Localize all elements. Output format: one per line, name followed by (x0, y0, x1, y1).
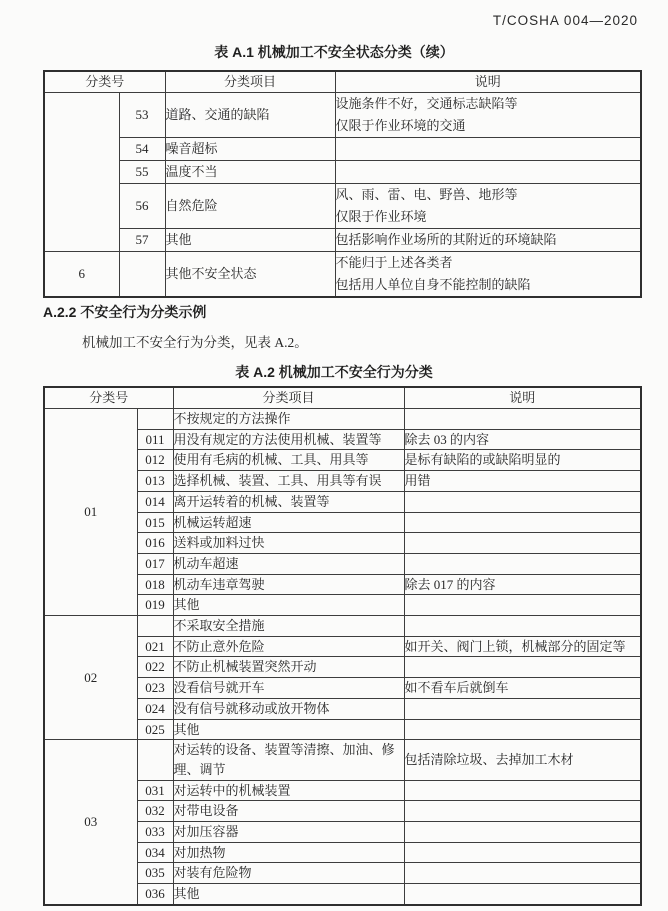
cell-code: 021 (137, 636, 173, 657)
cell-item: 机动车违章驾驶 (173, 574, 404, 595)
cell-note: 不能归于上述各类者包括用人单位自身不能控制的缺陷 (335, 252, 641, 298)
table-a1-header-row: 分类号 分类项目 说明 (44, 71, 641, 93)
cell-note (404, 698, 641, 719)
cell-note (404, 595, 641, 616)
cell-item: 其他 (165, 229, 335, 252)
table-row: 54噪音超标 (44, 138, 641, 161)
table-row: 57其他包括影响作业场所的其附近的环境缺陷 (44, 229, 641, 252)
cell-code: 014 (137, 491, 173, 512)
table-a1: 分类号 分类项目 说明 53道路、交通的缺陷设施条件不好，交通标志缺陷等仅限于作… (43, 70, 642, 298)
table-a2-title: 表 A.2 机械加工不安全行为分类 (0, 362, 668, 382)
cell-code: 016 (137, 533, 173, 554)
cell-code: 023 (137, 678, 173, 699)
cell-code: 013 (137, 471, 173, 492)
cell-item: 道路、交通的缺陷 (165, 93, 335, 138)
table-a1-title: 表 A.1 机械加工不安全状态分类（续） (0, 42, 668, 62)
table-a2: 分类号 分类项目 说明 01不按规定的方法操作011用没有规定的方法使用机械、装… (43, 386, 642, 906)
cell-note (404, 801, 641, 822)
cell-code (137, 740, 173, 780)
note-line: 除去 017 的内容 (405, 575, 641, 595)
cell-note: 除去 017 的内容 (404, 574, 641, 595)
cell-item: 机械运转超速 (173, 512, 404, 533)
cell-code: 033 (137, 822, 173, 843)
cell-code: 018 (137, 574, 173, 595)
table-row: 01不按规定的方法操作 (44, 409, 641, 430)
cell-note (404, 822, 641, 843)
note-line: 是标有缺陷的或缺陷明显的 (405, 450, 641, 470)
cell-code: 55 (119, 161, 165, 184)
cell-item: 不按规定的方法操作 (173, 409, 404, 430)
note-line: 用错 (405, 471, 641, 491)
column-header-code: 分类号 (44, 387, 173, 409)
cell-note (335, 138, 641, 161)
cell-item: 对加热物 (173, 842, 404, 863)
document-page: T/COSHA 004—2020 表 A.1 机械加工不安全状态分类（续） 分类… (0, 0, 668, 911)
cell-item: 不防止意外危险 (173, 636, 404, 657)
cell-note (404, 863, 641, 884)
note-line: 设施条件不好，交通标志缺陷等 (336, 93, 641, 115)
cell-note (404, 491, 641, 512)
note-line: 不能归于上述各类者 (336, 252, 641, 274)
cell-note (404, 409, 641, 430)
cell-code: 57 (119, 229, 165, 252)
cell-code: 022 (137, 657, 173, 678)
cell-item: 没有信号就移动或放开物体 (173, 698, 404, 719)
cell-note: 风、雨、雷、电、野兽、地形等仅限于作业环境 (335, 184, 641, 229)
cell-note: 包括清除垃圾、去掉加工木材 (404, 740, 641, 780)
cell-group-number: 03 (44, 740, 137, 905)
cell-note (335, 161, 641, 184)
cell-code: 035 (137, 863, 173, 884)
cell-code: 56 (119, 184, 165, 229)
cell-item: 不防止机械装置突然开动 (173, 657, 404, 678)
cell-item: 其他 (173, 719, 404, 740)
cell-note (404, 553, 641, 574)
cell-item: 送料或加料过快 (173, 533, 404, 554)
column-header-item: 分类项目 (165, 71, 335, 93)
note-line: 如不看车后就倒车 (405, 678, 641, 698)
column-header-code: 分类号 (44, 71, 165, 93)
cell-code: 015 (137, 512, 173, 533)
note-line: 包括清除垃圾、去掉加工木材 (405, 750, 641, 770)
cell-item: 噪音超标 (165, 138, 335, 161)
cell-code: 032 (137, 801, 173, 822)
section-paragraph: 机械加工不安全行为分类，见表 A.2。 (82, 331, 308, 351)
cell-item: 没看信号就开车 (173, 678, 404, 699)
cell-item: 对带电设备 (173, 801, 404, 822)
cell-note: 如不看车后就倒车 (404, 678, 641, 699)
cell-code: 031 (137, 780, 173, 801)
table-row: 6其他不安全状态不能归于上述各类者包括用人单位自身不能控制的缺陷 (44, 252, 641, 298)
cell-note: 包括影响作业场所的其附近的环境缺陷 (335, 229, 641, 252)
cell-item: 对运转的设备、装置等清擦、加油、修理、调节 (173, 740, 404, 780)
cell-note (404, 780, 641, 801)
section-heading: A.2.2 不安全行为分类示例 (43, 302, 206, 322)
cell-item: 自然危险 (165, 184, 335, 229)
cell-code: 53 (119, 93, 165, 138)
table-row: 56自然危险风、雨、雷、电、野兽、地形等仅限于作业环境 (44, 184, 641, 229)
cell-item: 用没有规定的方法使用机械、装置等 (173, 429, 404, 450)
cell-code: 019 (137, 595, 173, 616)
column-header-note: 说明 (404, 387, 641, 409)
cell-group-number: 01 (44, 409, 137, 616)
column-header-item: 分类项目 (173, 387, 404, 409)
table-row: 55温度不当 (44, 161, 641, 184)
cell-note (404, 533, 641, 554)
cell-note (404, 616, 641, 637)
cell-code: 025 (137, 719, 173, 740)
cell-code: 017 (137, 553, 173, 574)
cell-note (404, 884, 641, 905)
cell-note: 设施条件不好，交通标志缺陷等仅限于作业环境的交通 (335, 93, 641, 138)
cell-group-number (44, 93, 119, 252)
cell-code: 034 (137, 842, 173, 863)
standard-number: T/COSHA 004—2020 (493, 13, 638, 28)
cell-item: 使用有毛病的机械、工具、用具等 (173, 450, 404, 471)
cell-item: 离开运转着的机械、装置等 (173, 491, 404, 512)
cell-code: 54 (119, 138, 165, 161)
cell-code: 012 (137, 450, 173, 471)
table-a2-header-row: 分类号 分类项目 说明 (44, 387, 641, 409)
cell-code: 011 (137, 429, 173, 450)
note-line: 除去 03 的内容 (405, 430, 641, 450)
cell-note: 用错 (404, 471, 641, 492)
cell-group-number: 6 (44, 252, 119, 298)
table-row: 53道路、交通的缺陷设施条件不好，交通标志缺陷等仅限于作业环境的交通 (44, 93, 641, 138)
cell-code (137, 409, 173, 430)
cell-note (404, 512, 641, 533)
note-line: 包括影响作业场所的其附近的环境缺陷 (336, 229, 641, 251)
cell-item: 不采取安全措施 (173, 616, 404, 637)
note-line: 仅限于作业环境 (336, 206, 641, 228)
cell-note: 是标有缺陷的或缺陷明显的 (404, 450, 641, 471)
note-line: 如开关、阀门上锁，机械部分的固定等 (405, 637, 641, 657)
cell-item: 对装有危险物 (173, 863, 404, 884)
cell-code: 024 (137, 698, 173, 719)
cell-item: 其他不安全状态 (165, 252, 335, 298)
note-line: 风、雨、雷、电、野兽、地形等 (336, 184, 641, 206)
cell-item: 机动车超速 (173, 553, 404, 574)
table-row: 02不采取安全措施 (44, 616, 641, 637)
cell-note: 如开关、阀门上锁，机械部分的固定等 (404, 636, 641, 657)
note-line: 包括用人单位自身不能控制的缺陷 (336, 274, 641, 296)
cell-item: 对加压容器 (173, 822, 404, 843)
cell-code (137, 616, 173, 637)
cell-note (404, 842, 641, 863)
cell-code (119, 252, 165, 298)
cell-item: 其他 (173, 884, 404, 905)
cell-code: 036 (137, 884, 173, 905)
cell-item: 对运转中的机械装置 (173, 780, 404, 801)
cell-note (404, 719, 641, 740)
cell-note: 除去 03 的内容 (404, 429, 641, 450)
column-header-note: 说明 (335, 71, 641, 93)
cell-item: 选择机械、装置、工具、用具等有误 (173, 471, 404, 492)
cell-item: 温度不当 (165, 161, 335, 184)
cell-item: 其他 (173, 595, 404, 616)
table-row: 03对运转的设备、装置等清擦、加油、修理、调节包括清除垃圾、去掉加工木材 (44, 740, 641, 780)
cell-note (404, 657, 641, 678)
note-line: 仅限于作业环境的交通 (336, 115, 641, 137)
cell-group-number: 02 (44, 616, 137, 740)
